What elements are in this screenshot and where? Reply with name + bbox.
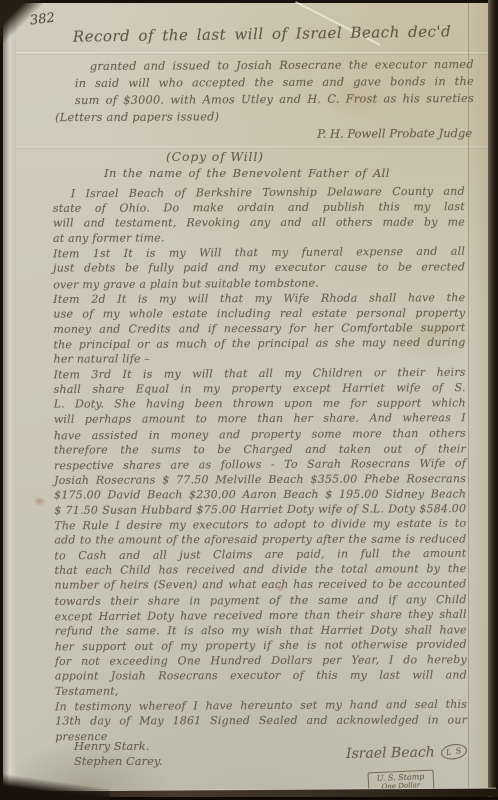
handwritten-line: I Israel Beach of Berkshire Township Del… [53,184,465,202]
will-body: I Israel Beach of Berkshire Township Del… [53,184,467,744]
scanned-will-record-page: 382 Record of the last will of Israel Be… [0,0,498,800]
handwritten-line: in said will who accepted the same and g… [75,73,474,92]
signature-name: Israel Beach [346,745,435,763]
witness-lines: Henry Stark.Stephen Carey. [74,739,163,769]
handwritten-line: have assisted in money and property some… [54,425,466,443]
handwritten-line: for not exceeding One Hundred Dollars pe… [55,652,467,669]
handwritten-line: to Cash and all just Claims are paid, in… [54,546,466,564]
invocation-line: In the name of the Benevolent Father of … [104,166,390,180]
handwritten-line: therefore the sums to be Charged and tak… [54,441,466,457]
will-body-lines: I Israel Beach of Berkshire Township Del… [53,184,467,744]
handwritten-line: her support out of my property if she is… [55,636,467,654]
witness-signatures: Henry Stark.Stephen Carey. [74,739,163,769]
paper: 382 Record of the last will of Israel Be… [16,3,488,794]
handwritten-line: granted and issued to Josiah Rosecrane t… [75,56,474,75]
handwritten-line: number of heirs (Seven) and what each ha… [55,577,467,593]
handwritten-line: towards their share in payment of the sa… [55,592,467,609]
handwritten-line: Stephen Carey. [74,754,163,769]
seal-mark: L S [440,742,468,761]
handwritten-line: sum of $3000. with Amos Utley and H. C. … [75,90,474,109]
handwritten-line: use of my whole estate including real es… [53,305,465,321]
horizontal-crease [16,52,488,55]
page-number: 382 [29,11,55,29]
probate-note-lines: granted and issued to Josiah Rosecrane t… [75,56,474,126]
binding-edge-right [488,0,498,800]
handwritten-line: respective shares are as follows - To Sa… [54,455,466,473]
record-title: Record of the last will of Israel Beach … [58,22,466,46]
handwritten-line: will perhaps amount to more than her sha… [54,411,466,428]
handwritten-line: refund the same. It is also my wish that… [55,622,467,638]
handwritten-line: (Letters and papers issued) [55,107,474,126]
handwritten-line: state of Ohio. Do make ordain and publis… [53,199,465,216]
handwritten-line: except Harriet Doty have received more t… [55,606,467,624]
handwritten-line: Henry Stark. [74,739,163,754]
handwritten-line: just debts be fully paid and my executor… [53,260,465,276]
testator-signature: Israel BeachL S [346,744,467,762]
probate-judge-signature: P. H. Powell Probate Judge [75,125,474,144]
handwritten-line: $175.00 David Beach $230.00 Aaron Beach … [54,486,466,502]
handwritten-line: Item 3rd It is my will that all my Child… [54,365,466,383]
handwritten-line: will and testament, Revoking any and all… [53,215,465,231]
handwritten-line: L. Doty. She having been thrown upon me … [54,396,466,412]
copy-of-will-heading: (Copy of Will) [166,149,264,164]
probate-note: granted and issued to Josiah Rosecrane t… [75,56,474,144]
handwritten-line: Item 2d It is my will that my Wife Rhoda… [53,290,465,307]
handwritten-line: appoint Josiah Rosecrans executor of thi… [55,667,467,683]
underlying-page-edge [3,2,17,792]
handwritten-line: Josiah Rosecrans $ 77.50 Melville Beach … [54,471,466,488]
handwritten-line: over my grave a plain but suitable tombs… [53,274,465,292]
